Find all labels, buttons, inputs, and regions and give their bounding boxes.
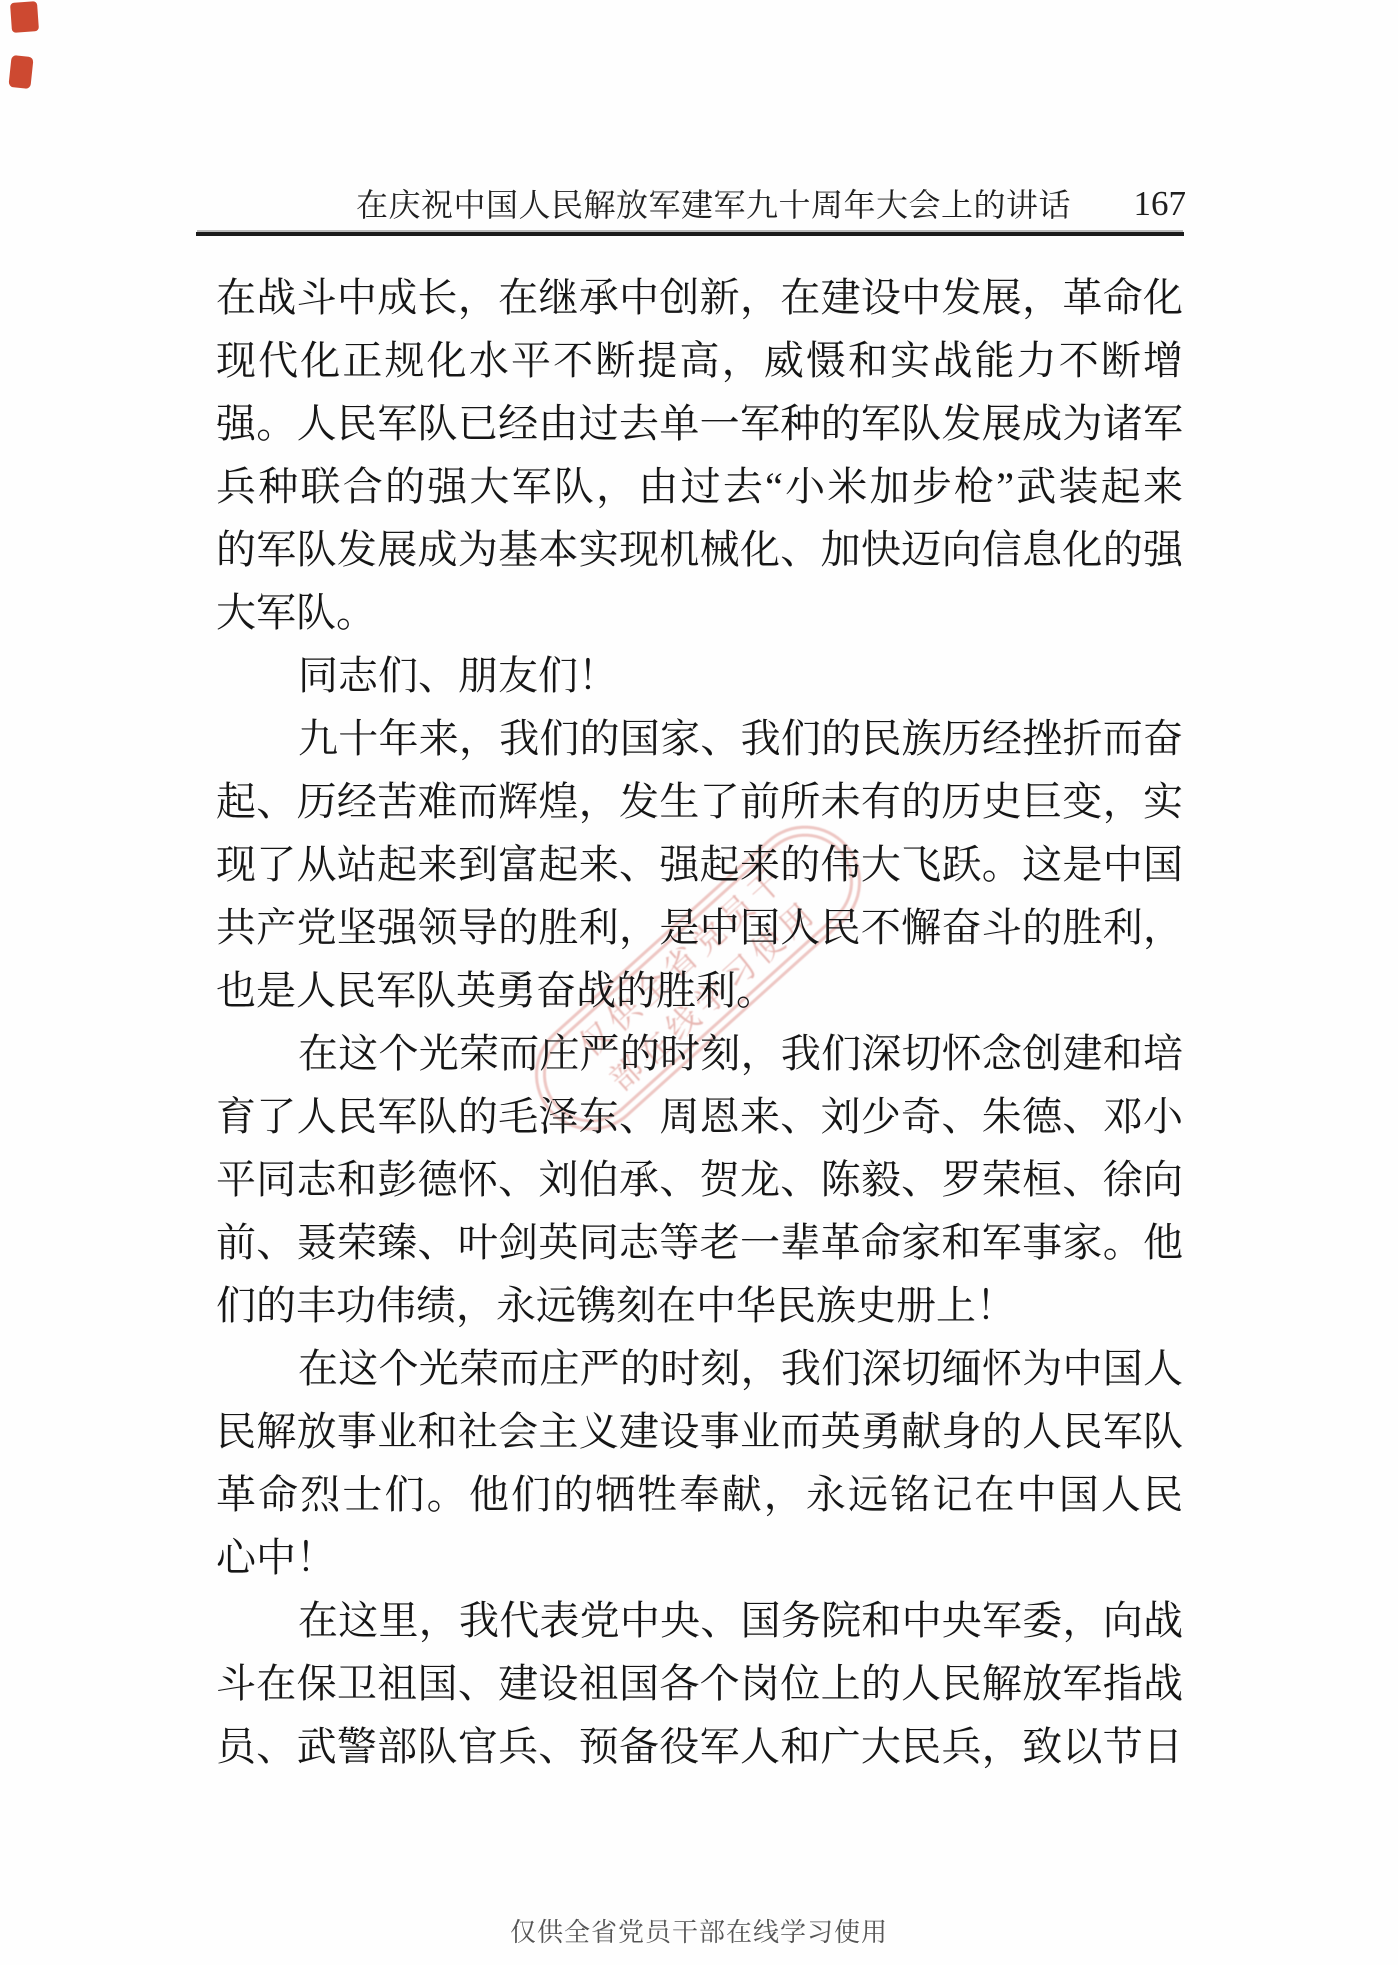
text-line: 九十年来，我们的国家、我们的民族历经挫折而奋 [216, 707, 1183, 770]
footer-note: 仅供全省党员干部在线学习使用 [0, 1916, 1398, 1948]
text-line: 的军队发展成为基本实现机械化、加快迈向信息化的强 [216, 518, 1183, 581]
text-line: 革命烈士们。他们的牺牲奉献，永远铭记在中国人民 [216, 1463, 1183, 1526]
text-line: 现了从站起来到富起来、强起来的伟大飞跃。这是中国 [216, 833, 1183, 896]
page-container: 在庆祝中国人民解放军建军九十周年大会上的讲话 167 仅供全省党员干 部在线学习… [0, 0, 1398, 1965]
text-line: 在这里，我代表党中央、国务院和中央军委，向战 [216, 1589, 1183, 1652]
text-line: 平同志和彭德怀、刘伯承、贺龙、陈毅、罗荣桓、徐向 [216, 1148, 1183, 1211]
text-line: 在战斗中成长，在继承中创新，在建设中发展，革命化 [216, 266, 1183, 329]
text-line: 在这个光荣而庄严的时刻，我们深切怀念创建和培 [216, 1022, 1183, 1085]
text-line: 共产党坚强领导的胜利，是中国人民不懈奋斗的胜利， [216, 896, 1183, 959]
header-title: 在庆祝中国人民解放军建军九十周年大会上的讲话 [356, 186, 1071, 224]
header-rule [196, 232, 1184, 236]
text-line: 前、聂荣臻、叶剑英同志等老一辈革命家和军事家。他 [216, 1211, 1183, 1274]
text-line: 现代化正规化水平不断提高，威慑和实战能力不断增 [216, 329, 1183, 392]
text-line: 心中！ [216, 1526, 1183, 1589]
text-line: 兵种联合的强大军队，由过去“小米加步枪”武装起来 [216, 455, 1183, 518]
red-scan-mark-bottom [8, 55, 33, 89]
red-scan-mark-top [10, 1, 39, 33]
body-text: 在战斗中成长，在继承中创新，在建设中发展，革命化现代化正规化水平不断提高，威慑和… [216, 266, 1183, 1778]
text-line: 同志们、朋友们！ [216, 644, 1183, 707]
text-line: 育了人民军队的毛泽东、周恩来、刘少奇、朱德、邓小 [216, 1085, 1183, 1148]
text-line: 在这个光荣而庄严的时刻，我们深切缅怀为中国人 [216, 1337, 1183, 1400]
text-line: 强。人民军队已经由过去单一军种的军队发展成为诸军 [216, 392, 1183, 455]
text-line: 起、历经苦难而辉煌，发生了前所未有的历史巨变，实 [216, 770, 1183, 833]
text-line: 员、武警部队官兵、预备役军人和广大民兵，致以节日 [216, 1715, 1183, 1778]
text-line: 们的丰功伟绩，永远镌刻在中华民族史册上！ [216, 1274, 1183, 1337]
text-line: 也是人民军队英勇奋战的胜利。 [216, 959, 1183, 1022]
text-line: 斗在保卫祖国、建设祖国各个岗位上的人民解放军指战 [216, 1652, 1183, 1715]
text-line: 民解放事业和社会主义建设事业而英勇献身的人民军队 [216, 1400, 1183, 1463]
text-line: 大军队。 [216, 581, 1183, 644]
header-page-number: 167 [1134, 184, 1187, 224]
